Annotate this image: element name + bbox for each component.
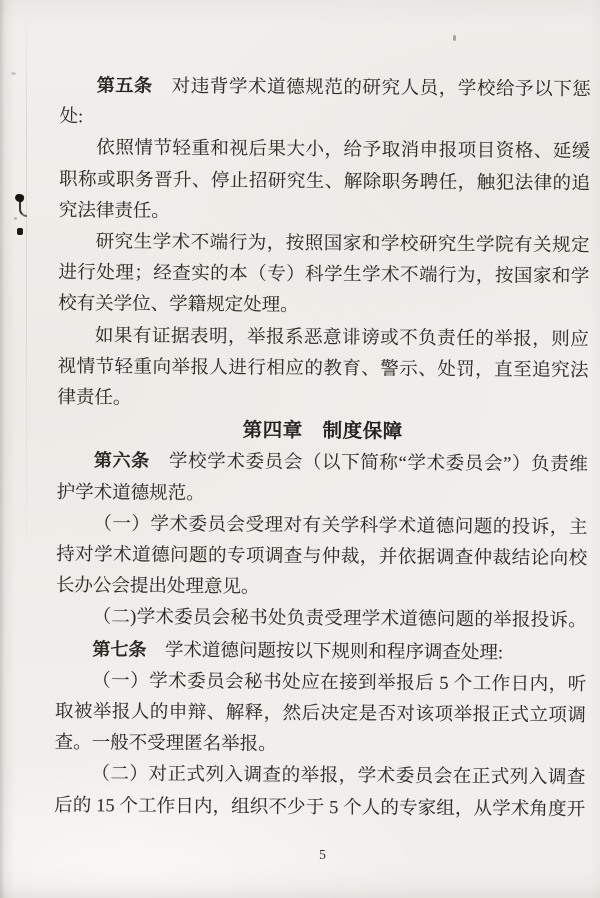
line-text: （一）学术委员会秘书处应在接到举报后 5 个工作日内，听 — [92, 671, 586, 695]
text-line: 取被举报人的申辩、解释，然后决定是否对该项举报正式立项调 — [55, 697, 586, 732]
article-number: 第五条 — [97, 75, 153, 95]
text-line: 后的 15 个工作日内，组织不少于 5 个人的专家组，从学术角度开 — [54, 791, 585, 826]
text-line: 职称或职务晋升、停止招研究生、解除职务聘任，触犯法律的追 — [59, 165, 590, 200]
text-line: 长办公会提出处理意见。 — [56, 571, 587, 606]
text-line: 护学术道德规范。 — [57, 478, 588, 513]
line-text: 学校学术委员会（以下简称“学术委员会”）负责维 — [150, 452, 588, 475]
paper-speck — [453, 35, 456, 41]
ink-speck-tail — [19, 201, 27, 217]
text-line: 持对学术道德问题的专项调查与仲裁，并依据调查仲裁结论向校 — [56, 540, 587, 575]
text-line: 研究生学术不端行为，按照国家和学校研究生学院有关规定 — [58, 227, 589, 262]
paper-speck — [11, 72, 16, 75]
text-line: （二）对正式列入调查的举报，学术委员会在正式列入调查 — [54, 759, 585, 794]
line-text: 护学术道德规范。 — [57, 483, 205, 504]
line-text: 取被举报人的申辩、解释，然后决定是否对该项举报正式立项调 — [55, 702, 586, 726]
article-number: 第六条 — [94, 451, 150, 471]
line-text: （一）学术委员会受理对有关学科学术道德问题的投诉，主 — [93, 514, 587, 538]
line-text: 进行处理；经查实的本（专）科学生学术不端行为，按国家和学 — [58, 263, 589, 287]
line-text: 学术道德问题按以下规则和程序调查处理: — [146, 640, 503, 663]
line-text: 第四章 制度保障 — [243, 420, 403, 443]
line-text: （二）对正式列入调查的举报，学术委员会在正式列入调查 — [91, 765, 585, 789]
text-line: 第六条 学校学术委员会（以下简称“学术委员会”）负责维 — [57, 445, 588, 481]
line-text: 处: — [60, 107, 84, 127]
text-line: 究法律责任。 — [59, 196, 590, 231]
text-line: 如果有证据表明，举报系恶意诽谤或不负责任的举报，则应 — [58, 321, 589, 356]
text-line: 律责任。 — [57, 383, 588, 418]
line-text: 研究生学术不端行为，按照国家和学校研究生学院有关规定 — [96, 232, 590, 256]
line-text: 后的 15 个工作日内，组织不少于 5 个人的专家组，从学术角度开 — [54, 796, 585, 820]
ink-speck — [17, 228, 23, 235]
text-line: 依照情节轻重和视后果大小，给予取消申报项目资格、延缓 — [59, 133, 590, 168]
line-text: 校有关学位、学籍规定处理。 — [58, 294, 299, 316]
document-lines: 第五条 对违背学术道德规范的研究人员，学校给予以下惩处:依照情节轻重和视后果大小… — [54, 70, 591, 826]
text-line: 第七条 学术道德问题按以下规则和程序调查处理: — [55, 634, 586, 670]
text-line: 第五条 对违背学术道德规范的研究人员，学校给予以下惩 — [60, 70, 591, 106]
paper-crease — [26, 0, 27, 540]
line-text: 查。一般不受理匿名举报。 — [55, 733, 277, 755]
text-line: 处: — [59, 102, 590, 137]
text-line: 校有关学位、学籍规定处理。 — [58, 289, 589, 324]
line-text: 如果有证据表明，举报系恶意诽谤或不负责任的举报，则应 — [95, 326, 589, 350]
scanned-document-page: 第五条 对违背学术道德规范的研究人员，学校给予以下惩处:依照情节轻重和视后果大小… — [0, 0, 600, 898]
text-line: （一）学术委员会受理对有关学科学术道德问题的投诉，主 — [56, 509, 587, 544]
chapter-heading: 第四章 制度保障 — [57, 414, 588, 449]
article-number: 第七条 — [92, 639, 146, 659]
text-line: 查。一般不受理匿名举报。 — [55, 728, 586, 763]
line-text: （二)学术委员会秘书处负责受理学术道德问题的举报投诉。 — [93, 608, 587, 632]
line-text: 对违背学术道德规范的研究人员，学校给予以下惩 — [153, 77, 591, 100]
line-text: 职称或职务晋升、停止招研究生、解除职务聘任，触犯法律的追 — [59, 170, 590, 194]
page-number: 5 — [57, 847, 588, 863]
line-text: 依照情节轻重和视后果大小，给予取消申报项目资格、延缓 — [96, 139, 590, 163]
line-text: 究法律责任。 — [59, 201, 170, 222]
line-text: 律责任。 — [57, 388, 131, 409]
text-line: （一）学术委员会秘书处应在接到举报后 5 个工作日内，听 — [55, 666, 586, 701]
text-line: 进行处理；经查实的本（专）科学生学术不端行为，按国家和学 — [58, 258, 589, 293]
line-text: 长办公会提出处理意见。 — [56, 576, 260, 598]
text-line: 视情节轻重向举报人进行相应的教育、警示、处罚，直至追究法 — [58, 352, 589, 387]
text-line: （二)学术委员会秘书处负责受理学术道德问题的举报投诉。 — [56, 602, 587, 637]
line-text: 视情节轻重向举报人进行相应的教育、警示、处罚，直至追究法 — [58, 357, 589, 381]
line-text: 持对学术道德问题的专项调查与仲裁，并依据调查仲裁结论向校 — [56, 545, 587, 569]
paper-speck — [14, 217, 17, 220]
